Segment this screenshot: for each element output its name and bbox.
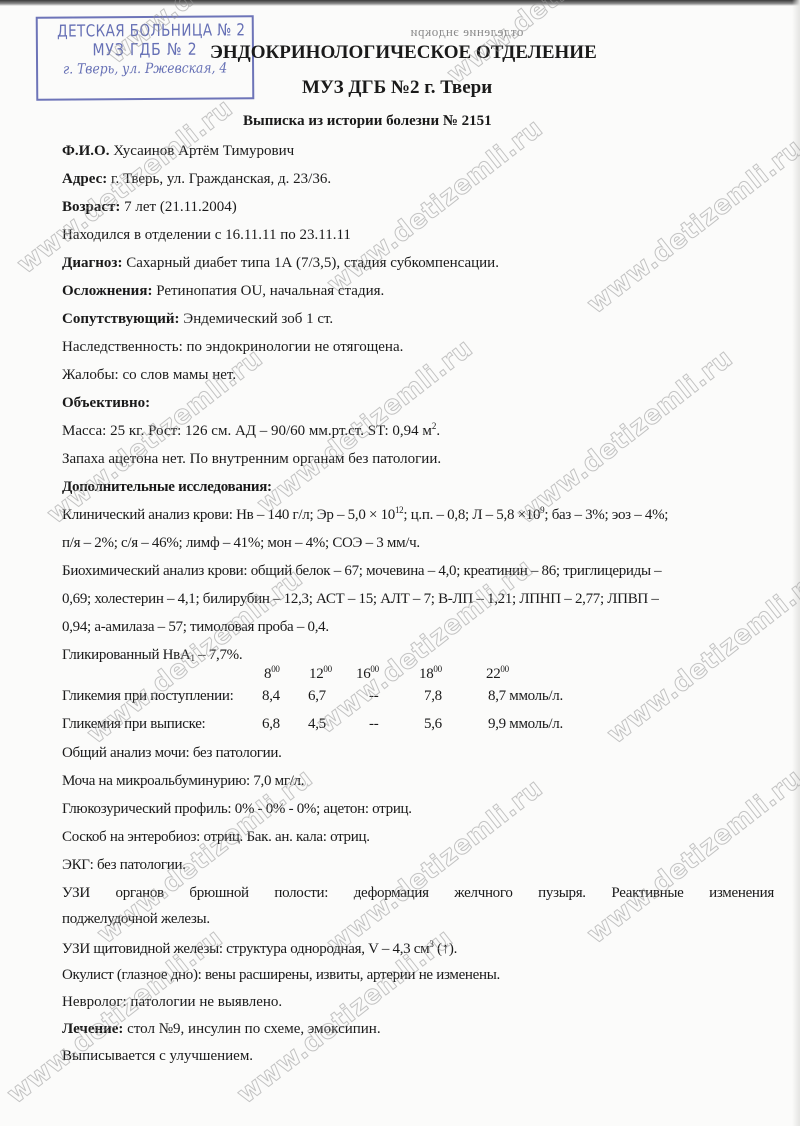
stamp-line-2: МУЗ ГДБ № 2 xyxy=(54,39,236,59)
hba1c-line: Гликированный НвА1 – 7,7%. xyxy=(62,646,242,664)
glycemia-time-0: 800 xyxy=(264,666,280,683)
glycemia-value: 7,8 xyxy=(424,688,442,705)
age-value: 7 лет (21.11.2004) xyxy=(120,199,236,215)
biochem-line-3: 0,94; а-амилаза – 57; тимоловая проба – … xyxy=(62,618,329,636)
cbc-b: ; ц.п. – 0,8; Л – 5,8 ×10 xyxy=(403,507,540,523)
glycemia-value: 5,6 xyxy=(424,716,442,733)
complications-value: Ретинопатия OU, начальная стадия. xyxy=(152,283,384,299)
glycemia-value: -- xyxy=(369,688,378,705)
diagnosis-label: Диагноз: xyxy=(62,255,122,271)
vitals-line: Масса: 25 кг. Рост: 126 см. АД – 90/60 м… xyxy=(62,422,440,440)
glycemia-value: 8,7 ммоль/л. xyxy=(488,688,563,705)
glycemia-value: 8,4 xyxy=(262,688,280,705)
watermark: www.detizemli.ru xyxy=(582,763,800,950)
cbc-c: ; баз – 3%; эоз – 4%; xyxy=(544,507,668,523)
objective-heading: Объективно: xyxy=(62,394,150,412)
glycemia-time-1: 1200 xyxy=(309,666,332,683)
diagnosis-value: Сахарный диабет типа 1А (7/3,5), стадия … xyxy=(122,255,499,271)
hba1c-prefix: Гликированный НвА xyxy=(62,647,190,663)
us-thyroid-line: УЗИ щитовидной железы: структура однород… xyxy=(62,940,457,958)
objective-label: Объективно: xyxy=(62,395,150,411)
complaints-line: Жалобы: со слов мамы нет. xyxy=(62,366,236,384)
patient-name: Хусаинов Артём Тимурович xyxy=(109,143,294,159)
bleed-through-header: отделение эндокри xyxy=(410,24,523,40)
department-title: ЭНДОКРИНОЛОГИЧЕСКОЕ ОТДЕЛЕНИЕ xyxy=(210,42,597,64)
neurologist-line: Невролог: патологии не выявлено. xyxy=(62,993,282,1011)
watermark: www.detizemli.ru xyxy=(322,113,549,300)
watermark: www.detizemli.ru xyxy=(512,343,739,530)
glycemia-value: 4,5 xyxy=(308,716,326,733)
heredity-line: Наследственность: по эндокринологии не о… xyxy=(62,338,403,356)
concomitant-value: Эндемический зоб 1 ст. xyxy=(180,311,334,327)
patient-name-line: Ф.И.О. Хусаинов Артём Тимурович xyxy=(62,142,294,160)
watermark: www.detizemli.ru xyxy=(312,553,539,740)
age-label: Возраст: xyxy=(62,199,120,215)
stay-line: Находился в отделении с 16.11.11 по 23.1… xyxy=(62,226,351,244)
us-abdomen-line-2: поджелудочной железы. xyxy=(62,910,210,928)
address-label: Адрес: xyxy=(62,171,107,187)
treatment-value: стол №9, инсулин по схеме, эмоксипин. xyxy=(123,1021,380,1037)
concomitant-line: Сопутствующий: Эндемический зоб 1 ст. xyxy=(62,310,333,328)
investigations-heading: Дополнительные исследования: xyxy=(62,478,272,496)
oculist-line: Окулист (глазное дно): вены расширены, и… xyxy=(62,966,500,984)
page-right-edge xyxy=(792,0,800,1126)
glycemia-row-label: Гликемия при поступлении: xyxy=(62,688,233,705)
us-thyroid-suffix: (↑). xyxy=(434,941,458,957)
treatment-label: Лечение: xyxy=(62,1021,123,1037)
objective-notes-line: Запаха ацетона нет. По внутренним органа… xyxy=(62,450,441,468)
watermark: www.detizemli.ru xyxy=(582,133,800,320)
glycemia-time-2: 1600 xyxy=(356,666,379,683)
glycemia-value: 6,7 xyxy=(308,688,326,705)
treatment-line: Лечение: стол №9, инсулин по схеме, эмок… xyxy=(62,1020,381,1038)
document-title: Выписка из истории болезни № 2151 xyxy=(243,113,492,130)
biochem-line-1: Биохимический анализ крови: общий белок … xyxy=(62,562,661,580)
diagnosis-line: Диагноз: Сахарный диабет типа 1А (7/3,5)… xyxy=(62,254,499,272)
cbc-a: Клинический анализ крови: Нв – 140 г/л; … xyxy=(62,507,395,523)
ecg-line: ЭКГ: без патологии. xyxy=(62,856,186,874)
vitals-suffix: . xyxy=(436,423,440,439)
glycemia-value: 9,9 ммоль/л. xyxy=(488,716,563,733)
biochem-line-2: 0,69; холестерин – 4,1; билирубин – 12,3… xyxy=(62,590,659,608)
cbc-line-2: п/я – 2%; с/я – 46%; лимф – 41%; мон – 4… xyxy=(62,534,420,552)
enterobiosis-line: Соскоб на энтеробиоз: отриц. Бак. ан. ка… xyxy=(62,828,370,846)
glycemia-row-label: Гликемия при выписке: xyxy=(62,716,205,733)
page-top-edge xyxy=(0,0,800,6)
microalbumin-line: Моча на микроальбуминурию: 7,0 мг/л. xyxy=(62,772,304,790)
vitals-text: Масса: 25 кг. Рост: 126 см. АД – 90/60 м… xyxy=(62,423,432,439)
glycemia-time-4: 2200 xyxy=(486,666,509,683)
complications-line: Осложнения: Ретинопатия OU, начальная ст… xyxy=(62,282,384,300)
glycemia-time-3: 1800 xyxy=(419,666,442,683)
patient-name-label: Ф.И.О. xyxy=(62,143,109,159)
us-abdomen-line-1: УЗИ органов брюшной полости: деформация … xyxy=(62,884,774,902)
hospital-title: МУЗ ДГБ №2 г. Твери xyxy=(302,77,492,99)
glucosuria-line: Глюкозурический профиль: 0% - 0% - 0%; а… xyxy=(62,800,412,818)
hba1c-suffix: – 7,7%. xyxy=(195,647,243,663)
stamp-line-1: ДЕТСКАЯ БОЛЬНИЦА № 2 xyxy=(57,20,233,40)
glycemia-value: -- xyxy=(369,716,378,733)
urine-line: Общий анализ мочи: без патологии. xyxy=(62,744,282,762)
address-value: г. Тверь, ул. Гражданская, д. 23/36. xyxy=(107,171,331,187)
age-line: Возраст: 7 лет (21.11.2004) xyxy=(62,198,237,216)
glycemia-value: 6,8 xyxy=(262,716,280,733)
investigations-label: Дополнительные исследования: xyxy=(62,479,272,495)
complications-label: Осложнения: xyxy=(62,283,152,299)
cbc-line-1: Клинический анализ крови: Нв – 140 г/л; … xyxy=(62,506,668,524)
concomitant-label: Сопутствующий: xyxy=(62,311,180,327)
outcome-line: Выписывается с улучшением. xyxy=(62,1047,253,1065)
address-line: Адрес: г. Тверь, ул. Гражданская, д. 23/… xyxy=(62,170,331,188)
us-thyroid-text: УЗИ щитовидной железы: структура однород… xyxy=(62,941,429,957)
